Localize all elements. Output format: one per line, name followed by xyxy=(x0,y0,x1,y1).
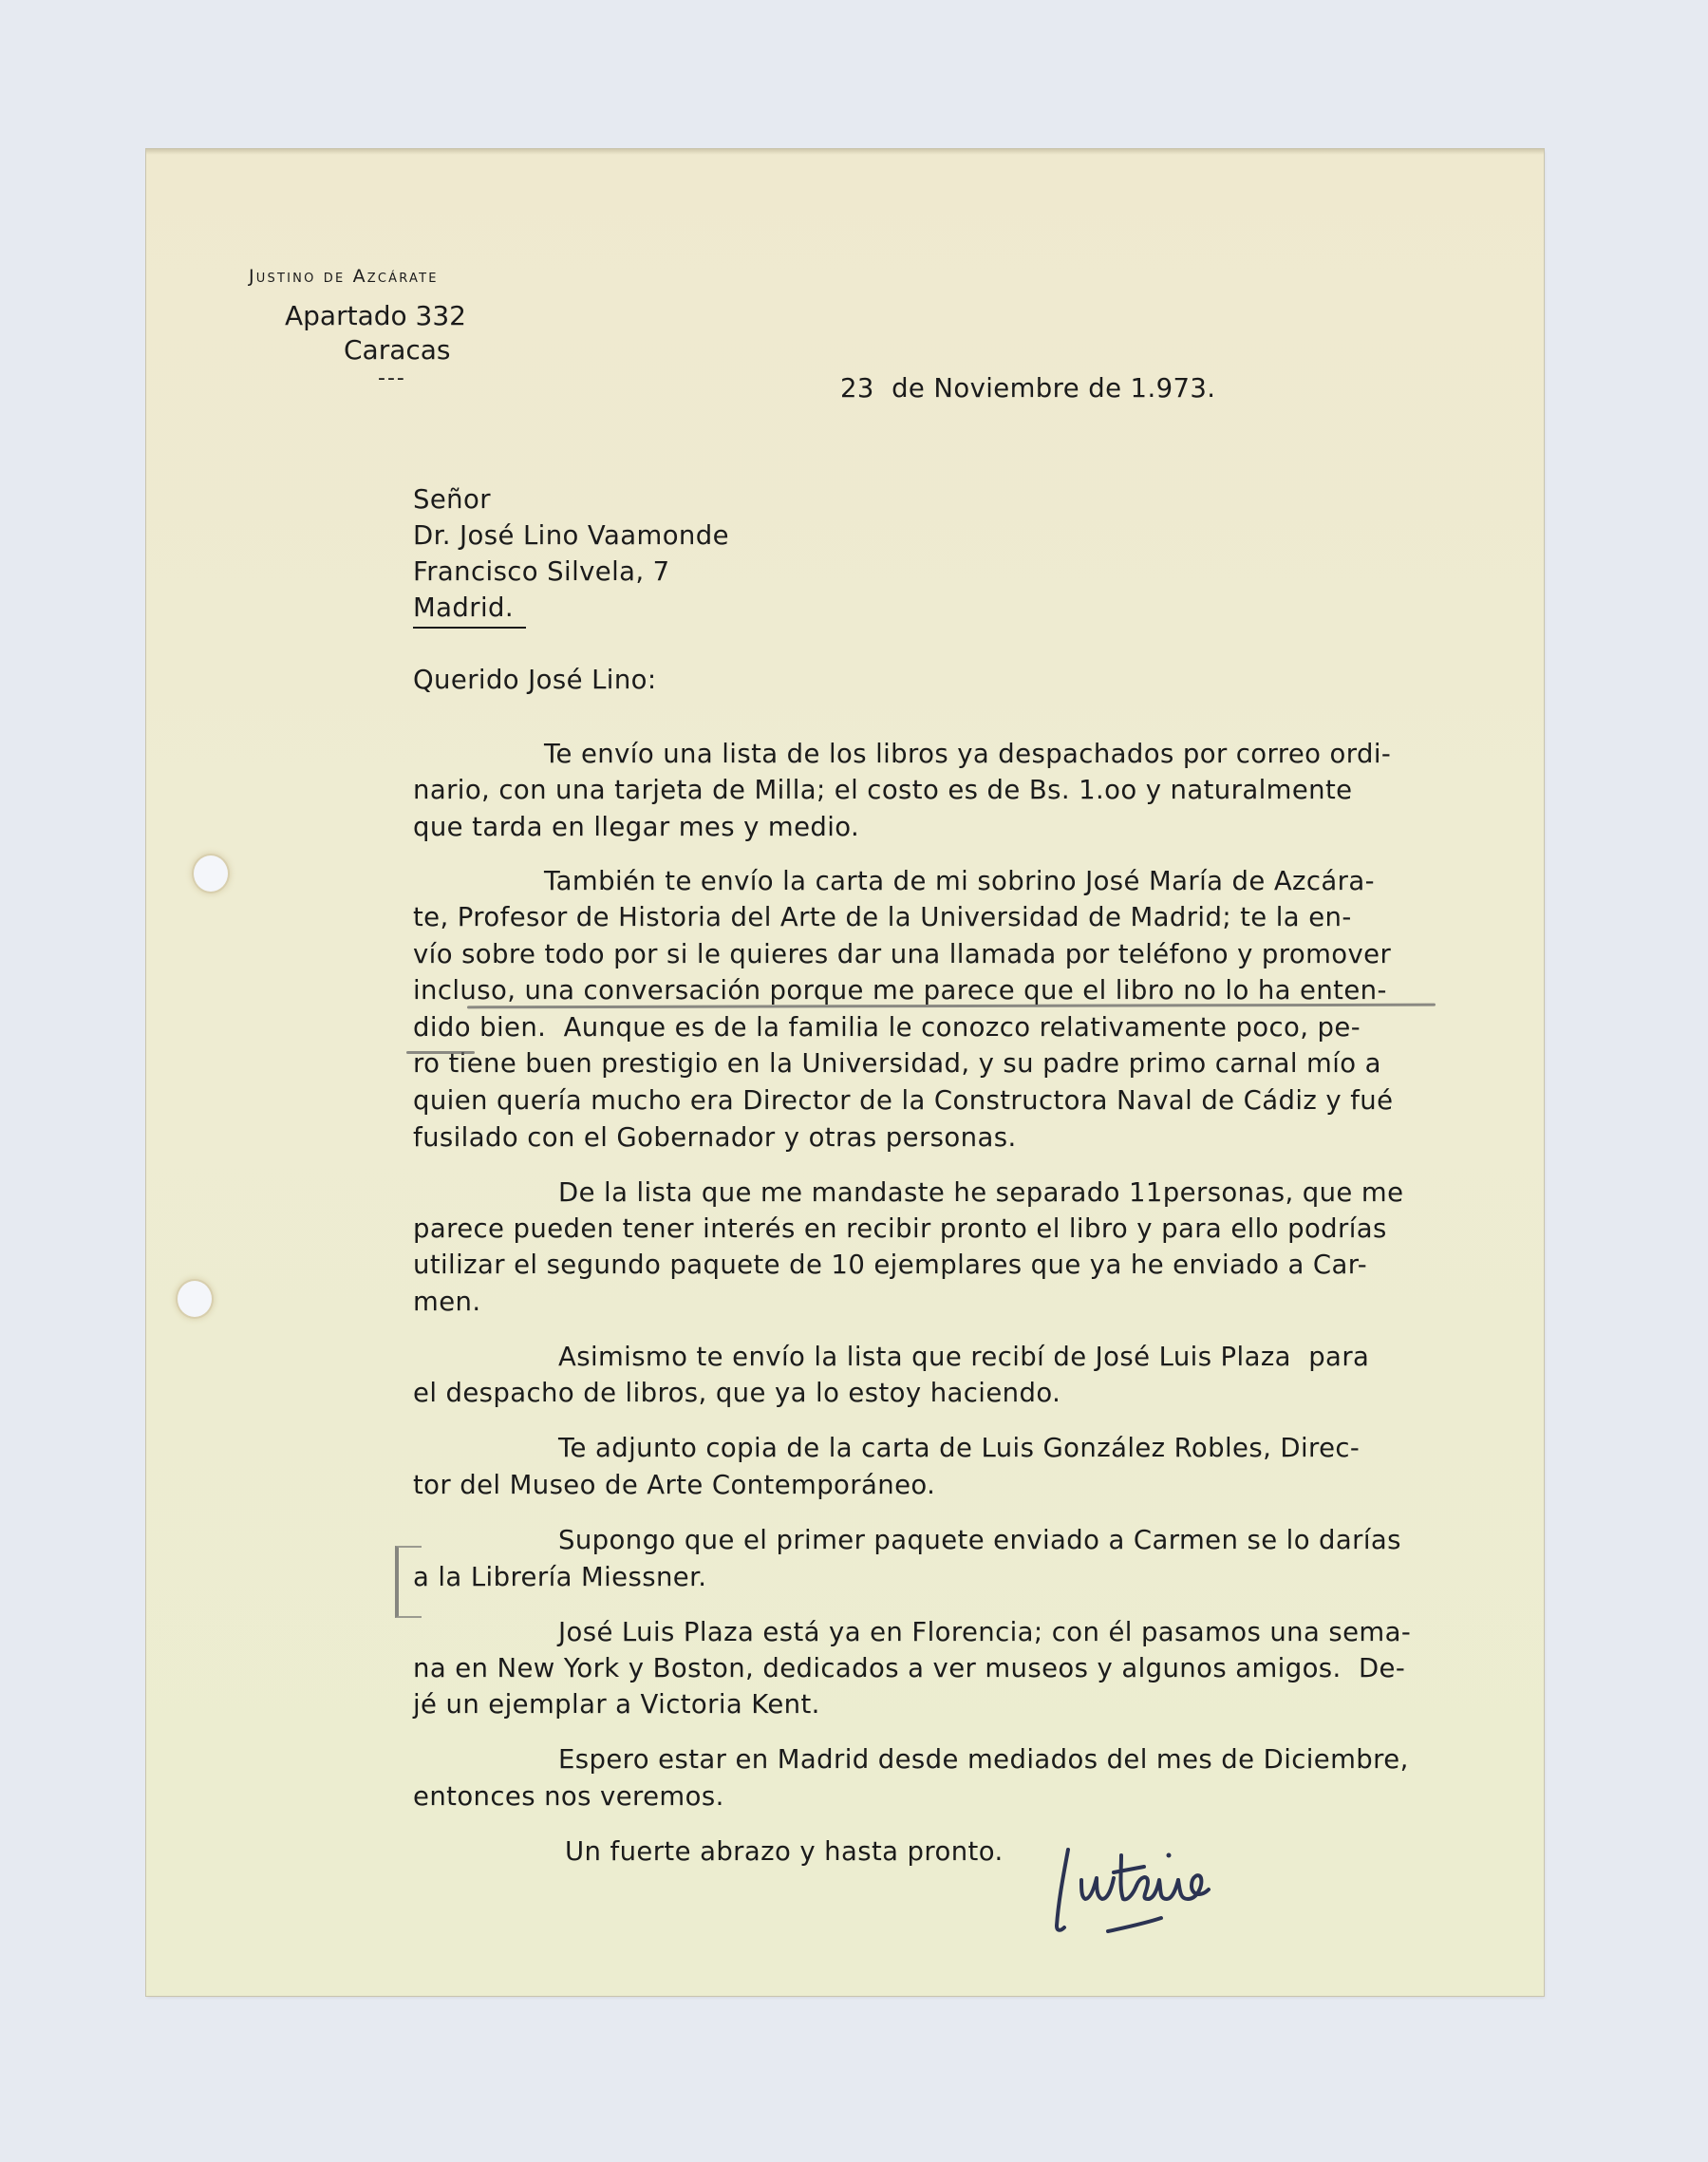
letterhead-address-line-1: Apartado 332 xyxy=(285,300,466,331)
paragraph-line: Espero estar en Madrid desde mediados de… xyxy=(558,1744,1409,1775)
paragraph-line: Te envío una lista de los libros ya desp… xyxy=(544,739,1391,769)
paragraph-line: fusilado con el Gobernador y otras perso… xyxy=(413,1122,1017,1153)
paragraph-line: men. xyxy=(413,1287,480,1317)
closing: Un fuerte abrazo y hasta pronto. xyxy=(565,1836,1004,1867)
paragraph-line: También te envío la carta de mi sobrino … xyxy=(544,866,1375,896)
paragraph-line: Te adjunto copia de la carta de Luis Gon… xyxy=(558,1433,1360,1463)
paragraph-line: quien quería mucho era Director de la Co… xyxy=(413,1085,1393,1116)
paragraph-line: jé un ejemplar a Victoria Kent. xyxy=(413,1689,820,1720)
paragraph-line: ro tiene buen prestigio en la Universida… xyxy=(413,1048,1381,1079)
paragraph-line: utilizar el segundo paquete de 10 ejempl… xyxy=(413,1250,1367,1280)
paragraph-line: entonces nos veremos. xyxy=(413,1781,724,1812)
paragraph-line: dido bien. Aunque es de la familia le co… xyxy=(413,1012,1361,1043)
paragraph-line: el despacho de libros, que ya lo estoy h… xyxy=(413,1378,1060,1408)
paragraph-line: Asimismo te envío la lista que recibí de… xyxy=(558,1342,1369,1372)
paragraph-line: De la lista que me mandaste he separado … xyxy=(558,1177,1403,1208)
paragraph-line: incluso, una conversación porque me pare… xyxy=(413,975,1387,1006)
paragraph-line: Supongo que el primer paquete enviado a … xyxy=(558,1525,1401,1555)
paragraph-line: José Luis Plaza está ya en Florencia; co… xyxy=(558,1617,1411,1647)
paragraph-line: que tarda en llegar mes y medio. xyxy=(413,812,859,842)
paragraph-line: parece pueden tener interés en recibir p… xyxy=(413,1213,1387,1244)
recipient-city-underline xyxy=(413,627,526,629)
paragraph-line: tor del Museo de Arte Contemporáneo. xyxy=(413,1470,935,1500)
recipient-title: Señor xyxy=(413,484,491,515)
pencil-underline xyxy=(406,1051,475,1054)
recipient-name: Dr. José Lino Vaamonde xyxy=(413,520,729,551)
letterhead-separator: --- xyxy=(378,367,406,390)
letter-date: 23 de Noviembre de 1.973. xyxy=(840,373,1215,404)
paragraph-line: vío sobre todo por si le quieres dar una… xyxy=(413,939,1391,969)
paragraph-line: nario, con una tarjeta de Milla; el cost… xyxy=(413,775,1352,805)
handwritten-signature-icon: Justino xyxy=(1049,1833,1277,1946)
paragraph-line: na en New York y Boston, dedicados a ver… xyxy=(413,1653,1405,1683)
paragraph-line: te, Profesor de Historia del Arte de la … xyxy=(413,902,1352,932)
letterhead-address-line-2: Caracas xyxy=(344,334,451,366)
letterhead-name: Justino de Azcárate xyxy=(249,266,439,287)
recipient-city: Madrid. xyxy=(413,592,514,623)
punch-hole-icon xyxy=(194,855,228,892)
recipient-street: Francisco Silvela, 7 xyxy=(413,556,670,587)
punch-hole-icon xyxy=(178,1281,212,1317)
greeting: Querido José Lino: xyxy=(413,665,657,695)
paragraph-line: a la Librería Miessner. xyxy=(413,1562,706,1592)
